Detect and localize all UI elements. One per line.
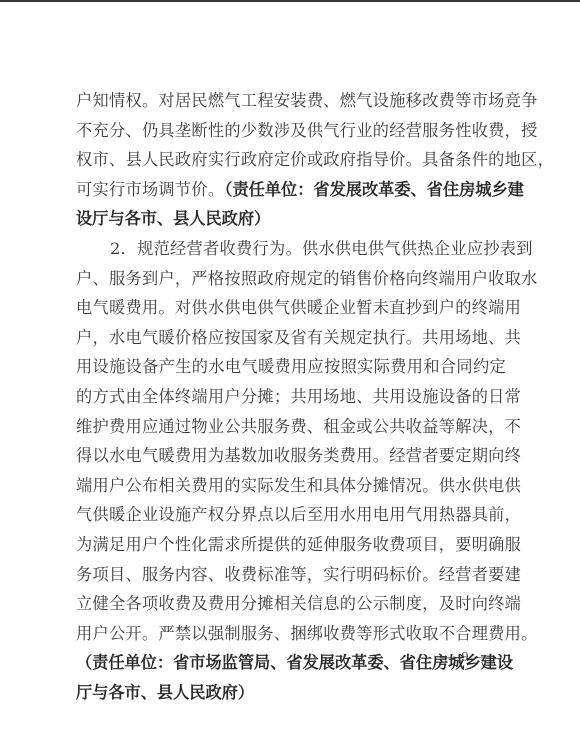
text-line: 设厅与各市、县人民政府） (76, 204, 506, 234)
text-line: 立健全各项收费及费用分摊相关信息的公示制度，及时向终端 (76, 589, 506, 619)
text-line: 可实行市场调节价。（责任单位：省发展改革委、省住房城乡建 (76, 175, 506, 205)
line-text: 不充分、仍具垄断性的少数涉及供气行业的经营服务性收费，授 (76, 121, 538, 140)
line-text: 立健全各项收费及费用分摊相关信息的公示制度，及时向终端 (76, 594, 521, 613)
line-text: 权市、县人民政府实行政府定价或政府指导价。具备条件的地区， (76, 150, 554, 169)
line-text: 2．规范经营者收费行为。供水供电供气供热企业应抄表到 (110, 239, 533, 258)
page-number: — 9 — (440, 650, 492, 666)
line-text: 电气暖费用。对供水供电供气供暖企业暂未直抄到户的终端用 (76, 298, 521, 317)
responsible-unit-text: （责任单位：省发展改革委、省住房城乡建 (224, 180, 523, 199)
text-line: 的方式由全体终端用户分摊；共用场地、共用设施设备的日常 (76, 382, 506, 412)
line-text: 端用户公布相关费用的实际发生和具体分摊情况。供水供电供 (76, 476, 521, 495)
responsible-unit-text: 设厅与各市、县人民政府） (76, 209, 270, 228)
line-text: 用设施设备产生的水电气暖费用应按照实际费用和合同约定 (76, 357, 506, 376)
line-text: 的方式由全体终端用户分摊；共用场地、共用设施设备的日常 (76, 387, 521, 406)
text-line: 维护费用应通过物业公共服务费、租金或公共收益等解决，不 (76, 412, 506, 442)
text-line: 气供暖企业设施产权分界点以后至用水用电用气用热器具前， (76, 500, 506, 530)
text-line: 户、服务到户，严格按照政府规定的销售价格向终端用户收取水 (76, 264, 506, 294)
line-text: 得以水电气暖费用为基数加收服务类费用。经营者要定期向终 (76, 446, 521, 465)
text-line: 端用户公布相关费用的实际发生和具体分摊情况。供水供电供 (76, 471, 506, 501)
document-page: 户知情权。对居民燃气工程安装费、燃气设施移改费等市场竞争 不充分、仍具垄断性的少… (76, 86, 506, 707)
responsible-unit-text: 厅与各市、县人民政府） (76, 683, 254, 702)
line-text: 户、服务到户，严格按照政府规定的销售价格向终端用户收取水 (76, 269, 538, 288)
text-line: 权市、县人民政府实行政府定价或政府指导价。具备条件的地区， (76, 145, 506, 175)
text-line: 户，水电气暖价格应按国家及省有关规定执行。共用场地、共 (76, 323, 506, 353)
line-text: 用户公开。严禁以强制服务、捆绑收费等形式收取不合理费用。 (76, 624, 538, 643)
text-line: 为满足用户个性化需求所提供的延伸服务收费项目，要明确服 (76, 530, 506, 560)
text-line: 不充分、仍具垄断性的少数涉及供气行业的经营服务性收费，授 (76, 116, 506, 146)
text-line: 用设施设备产生的水电气暖费用应按照实际费用和合同约定 (76, 352, 506, 382)
line-text: 户，水电气暖价格应按国家及省有关规定执行。共用场地、共 (76, 328, 521, 347)
text-line: 户知情权。对居民燃气工程安装费、燃气设施移改费等市场竞争 (76, 86, 506, 116)
line-text: 气供暖企业设施产权分界点以后至用水用电用气用热器具前， (76, 505, 521, 524)
text-line: 电气暖费用。对供水供电供气供暖企业暂未直抄到户的终端用 (76, 293, 506, 323)
line-text: 可实行市场调节价。 (76, 180, 224, 199)
line-text: 务项目、服务内容、收费标准等，实行明码标价。经营者要建 (76, 565, 521, 584)
text-line: 务项目、服务内容、收费标准等，实行明码标价。经营者要建 (76, 560, 506, 590)
top-border-line (0, 0, 580, 2)
line-text: 为满足用户个性化需求所提供的延伸服务收费项目，要明确服 (76, 535, 521, 554)
line-text: 户知情权。对居民燃气工程安装费、燃气设施移改费等市场竞争 (76, 91, 538, 110)
text-line: 厅与各市、县人民政府） (76, 678, 506, 708)
line-text: 维护费用应通过物业公共服务费、租金或公共收益等解决，不 (76, 417, 521, 436)
paragraph-heading-line: 2．规范经营者收费行为。供水供电供气供热企业应抄表到 (76, 234, 506, 264)
text-line: 得以水电气暖费用为基数加收服务类费用。经营者要定期向终 (76, 441, 506, 471)
text-line: 用户公开。严禁以强制服务、捆绑收费等形式收取不合理费用。 (76, 619, 506, 649)
